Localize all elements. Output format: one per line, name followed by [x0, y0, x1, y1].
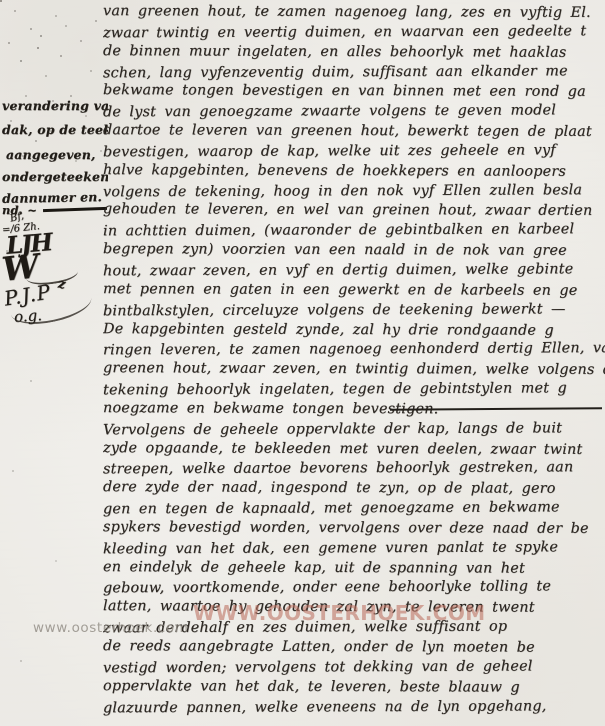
- margin-column: verandering van dak, op de teeke. aangeg…: [0, 0, 108, 726]
- text-line: begrepen zyn) voorzien van een naald in …: [103, 240, 605, 262]
- text-line: in achttien duimen, (waaronder de gebint…: [103, 220, 605, 242]
- text-line: oppervlakte van het dak, te leveren, bes…: [103, 677, 605, 699]
- text-line: gen en tegen de kapnaald, met genoegzame…: [103, 498, 605, 520]
- text-line: en eindelyk de geheele kap, uit de spann…: [103, 558, 605, 580]
- text-line: zwaar twintig en veertig duimen, en waar…: [103, 22, 605, 44]
- text-line: de lyst van genoegzame zwaarte volgens t…: [103, 101, 605, 123]
- text-line: gehouden te leveren, en wel van greinen …: [103, 201, 605, 223]
- text-line: bintbalkstylen, circeluyze volgens de te…: [103, 300, 605, 322]
- text-line: hout, zwaar zeven, en vyf en dertig duim…: [103, 260, 605, 282]
- text-line: De kapgebinten gesteld zynde, zal hy dri…: [103, 320, 605, 342]
- text-line: bevestigen, waarop de kap, welke uit zes…: [103, 141, 605, 163]
- text-line: de binnen muur ingelaten, en alles behoo…: [103, 42, 605, 64]
- text-line: noegzame en bekwame tongen bevestigen.: [103, 399, 605, 421]
- text-line: gebouw, voortkomende, onder eene behoorl…: [103, 578, 605, 600]
- text-line: streepen, welke daartoe bevorens behoorl…: [103, 459, 605, 481]
- text-line: vestigd worden; vervolgens tot dekking v…: [103, 657, 605, 679]
- text-line: met pennen en gaten in een gewerkt en de…: [103, 280, 605, 302]
- text-line: greenen hout, zwaar zeven, en twintig du…: [103, 359, 605, 381]
- text-line: dere zyde der naad, ingespond te zyn, op…: [103, 478, 605, 500]
- margin-divider-rule: [43, 207, 107, 212]
- text-line: spykers bevestigd worden, vervolgens ove…: [103, 518, 605, 540]
- text-line: de reeds aangebragte Latten, onder de ly…: [103, 637, 605, 659]
- watermark-url-small: www.oosterhoek.com: [33, 620, 189, 636]
- text-line: daartoe te leveren van greenen hout, bew…: [103, 121, 605, 143]
- text-line: bekwame tongen bevestigen en van binnen …: [103, 81, 605, 103]
- text-line: tekening behoorlyk ingelaten, tegen de g…: [103, 379, 605, 401]
- text-line: glazuurde pannen, welke eveneens na de l…: [103, 697, 605, 719]
- margin-note-line: aangegeven,: [6, 147, 96, 162]
- paraph-initials: o.g.: [13, 306, 42, 326]
- text-line: van greenen hout, te zamen nagenoeg lang…: [103, 3, 605, 24]
- text-line: kleeding van het dak, een gemene vuren p…: [103, 538, 605, 560]
- margin-note-line: verandering van: [2, 98, 108, 113]
- text-line: halve kapgebinten, benevens de hoekkeper…: [103, 161, 605, 183]
- text-line: schen, lang vyfenzeventig duim, suffisan…: [103, 62, 605, 84]
- document-page: verandering van dak, op de teeke. aangeg…: [0, 0, 605, 726]
- text-line: zyde opgaande, te bekleeden met vuren de…: [103, 439, 605, 461]
- margin-note-line: ondergeteeken.: [2, 169, 108, 184]
- text-line: ringen leveren, te zamen nagenoeg eenhon…: [103, 339, 605, 361]
- watermark-url-large: WWW.OOSTERHOEK.COM: [193, 601, 486, 625]
- margin-note-line: dak, op de teeke.: [2, 122, 108, 137]
- text-line: Vervolgens de geheele oppervlakte der ka…: [103, 419, 605, 441]
